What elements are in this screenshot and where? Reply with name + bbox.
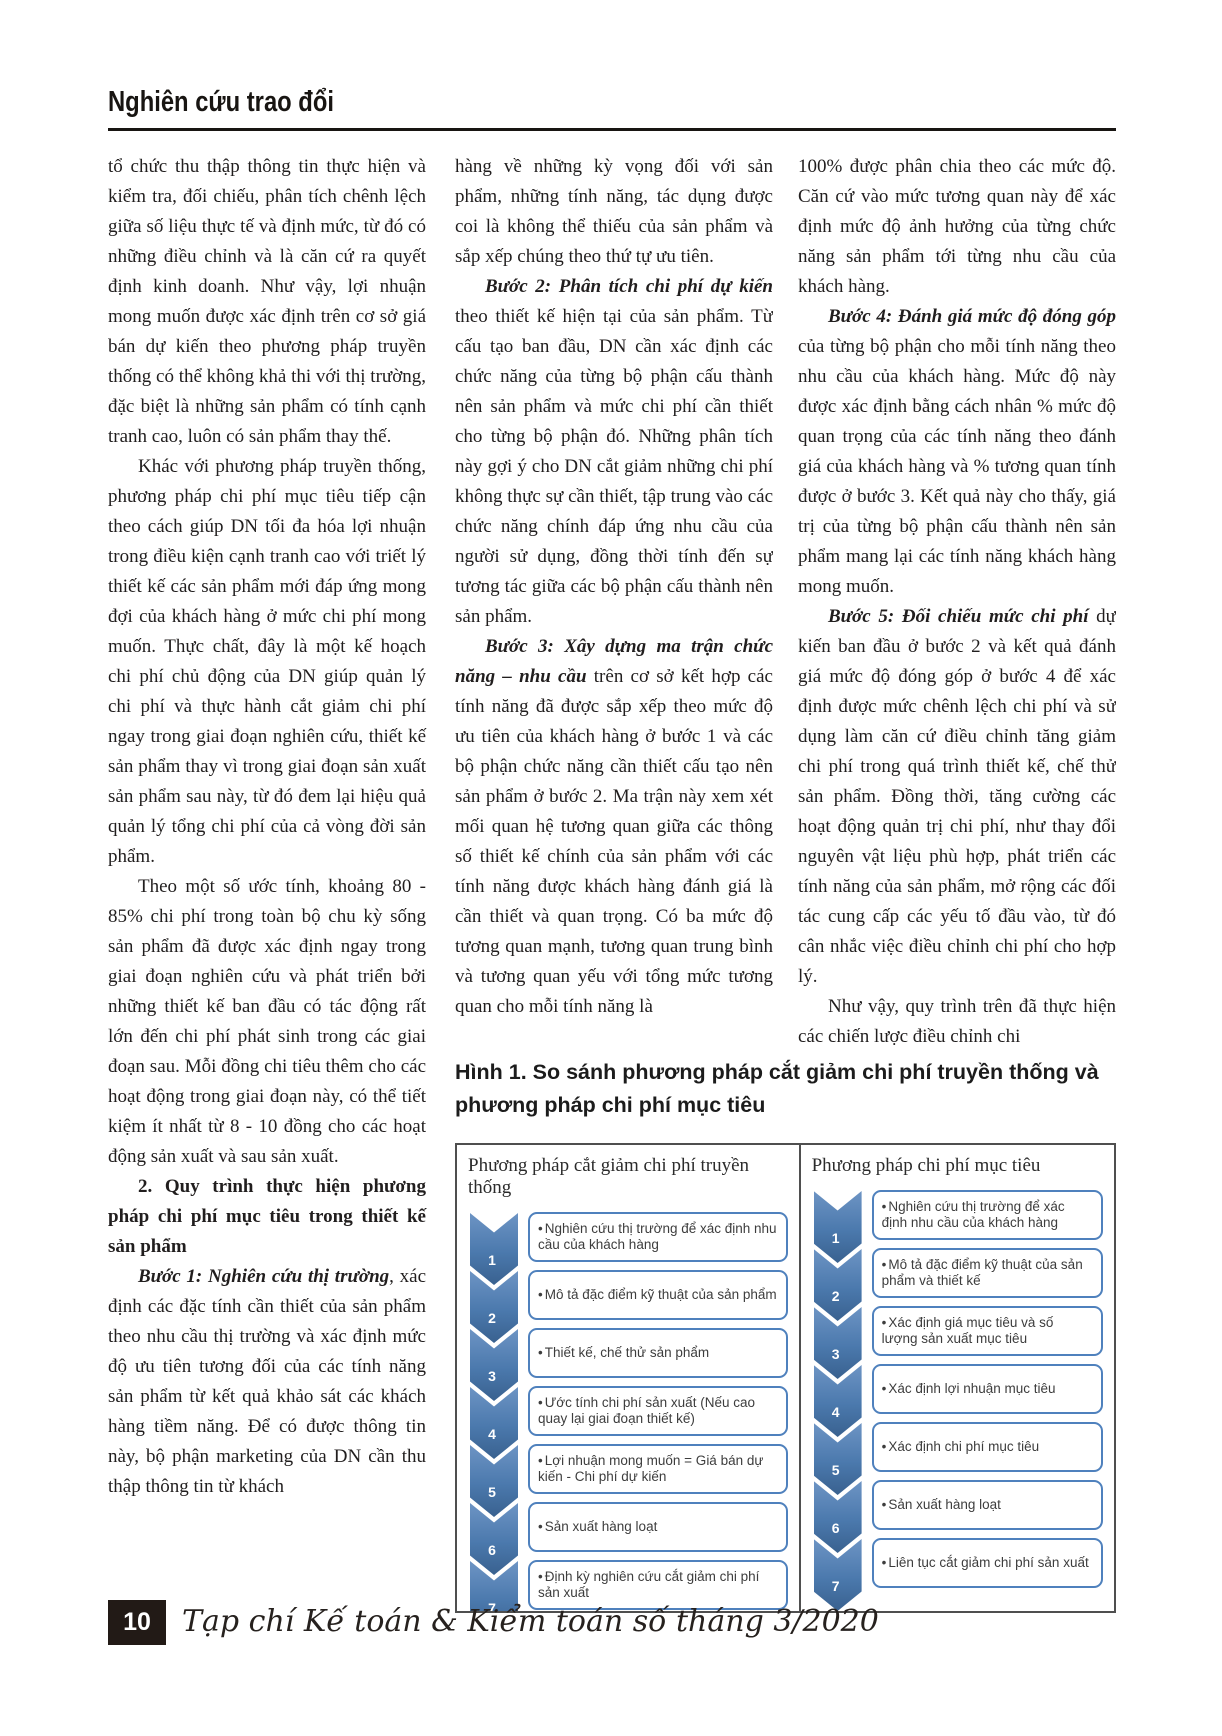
step-label: Sản xuất hàng loạt [538, 1519, 657, 1536]
header-rule [108, 128, 1116, 131]
text-column-2: hàng về những kỳ vọng đối với sản phẩm, … [455, 152, 773, 1050]
step-label-box: Ước tính chi phí sản xuất (Nếu cao quay … [528, 1386, 788, 1436]
page-number-badge: 10 [108, 1600, 166, 1645]
chevron-down-icon [812, 1537, 864, 1613]
flow-step: 1Nghiên cứu thị trường để xác định nhu c… [810, 1189, 1105, 1247]
paragraph: hàng về những kỳ vọng đối với sản phẩm, … [455, 152, 773, 272]
journal-footer-title: Tạp chí Kế toán & Kiểm toán số tháng 3/2… [182, 1604, 879, 1639]
step-lead-in: Bước 3: Xây dựng ma trận chức năng – nhu… [455, 636, 773, 687]
step-label-box: Nghiên cứu thị trường để xác định nhu cầ… [528, 1212, 788, 1262]
step-number: 3 [466, 1368, 518, 1384]
flow-step: 2Mô tả đặc điểm kỹ thuật của sản phẩm và… [810, 1247, 1105, 1305]
flow-step: 5Xác định chi phí mục tiêu [810, 1421, 1105, 1479]
step-label-box: Xác định lợi nhuận mục tiêu [872, 1364, 1103, 1414]
step-label: Mô tả đặc điểm kỹ thuật của sản phẩm và … [882, 1257, 1093, 1290]
step-label-box: Liên tục cắt giảm chi phí sản xuất [872, 1538, 1103, 1588]
step-number: 5 [466, 1484, 518, 1500]
page-header-title: Nghiên cứu trao đổi [108, 86, 334, 119]
paragraph: Bước 5: Đối chiếu mức chi phí dự kiến ba… [798, 602, 1116, 992]
step-number: 2 [810, 1288, 862, 1304]
step-label-box: Mô tả đặc điểm kỹ thuật của sản phẩm và … [872, 1248, 1103, 1298]
step-label-box: Thiết kế, chế thử sản phẩm [528, 1328, 788, 1378]
step-label: Định kỳ nghiên cứu cắt giảm chi phí sản … [538, 1569, 778, 1602]
figure-caption: Hình 1. So sánh phương pháp cắt giảm chi… [455, 1056, 1115, 1122]
paragraph: Khác với phương pháp truyền thống, phươn… [108, 452, 426, 872]
figure-panel-target-costing-title: Phương pháp chi phí mục tiêu [812, 1155, 1105, 1177]
step-label-box: Sản xuất hàng loạt [528, 1502, 788, 1552]
paragraph: Theo một số ước tính, khoảng 80 - 85% ch… [108, 872, 426, 1172]
figure-comparison-flowchart: Phương pháp cắt giảm chi phí truyền thốn… [455, 1143, 1116, 1613]
step-label: Nghiên cứu thị trường để xác định nhu cầ… [538, 1221, 778, 1254]
section-heading: 2. Quy trình thực hiện phương pháp chi p… [108, 1172, 426, 1262]
step-number: 4 [466, 1426, 518, 1442]
paragraph: Như vậy, quy trình trên đã thực hiện các… [798, 992, 1116, 1050]
flow-step: 5Lợi nhuận mong muốn = Giá bán dự kiến -… [466, 1443, 790, 1501]
step-label: Nghiên cứu thị trường để xác định nhu cầ… [882, 1199, 1093, 1232]
flow-steps-target-costing: 1Nghiên cứu thị trường để xác định nhu c… [810, 1189, 1105, 1595]
step-number: 6 [810, 1520, 862, 1536]
flow-step: 7Liên tục cắt giảm chi phí sản xuất [810, 1537, 1105, 1595]
step-label: Sản xuất hàng loạt [882, 1497, 1001, 1514]
step-label-box: Nghiên cứu thị trường để xác định nhu cầ… [872, 1190, 1103, 1240]
paragraph: Bước 2: Phân tích chi phí dự kiến theo t… [455, 272, 773, 632]
flow-step: 4Ước tính chi phí sản xuất (Nếu cao quay… [466, 1385, 790, 1443]
step-lead-in: Bước 2: Phân tích chi phí dự kiến [485, 276, 773, 297]
step-number: 7 [810, 1578, 862, 1594]
journal-page: Nghiên cứu trao đổi tổ chức thu thập thô… [0, 0, 1222, 1736]
paragraph: tổ chức thu thập thông tin thực hiện và … [108, 152, 426, 452]
step-label: Liên tục cắt giảm chi phí sản xuất [882, 1555, 1089, 1572]
step-number: 6 [466, 1542, 518, 1558]
flow-step: 6Sản xuất hàng loạt [810, 1479, 1105, 1537]
step-label-box: Xác định giá mục tiêu và số lượng sản xu… [872, 1306, 1103, 1356]
flow-step: 4Xác định lợi nhuận mục tiêu [810, 1363, 1105, 1421]
step-label-box: Sản xuất hàng loạt [872, 1480, 1103, 1530]
text-column-3: 100% được phân chia theo các mức độ. Căn… [798, 152, 1116, 1050]
paragraph: 100% được phân chia theo các mức độ. Căn… [798, 152, 1116, 302]
flow-step: 6Sản xuất hàng loạt [466, 1501, 790, 1559]
step-label: Xác định lợi nhuận mục tiêu [882, 1381, 1056, 1398]
paragraph: Bước 4: Đánh giá mức độ đóng góp của từn… [798, 302, 1116, 602]
figure-panel-traditional: Phương pháp cắt giảm chi phí truyền thốn… [457, 1145, 801, 1611]
flow-steps-traditional: 1Nghiên cứu thị trường để xác định nhu c… [466, 1211, 790, 1613]
step-lead-in: Bước 1: Nghiên cứu thị trường [138, 1266, 389, 1287]
step-number: 2 [466, 1310, 518, 1326]
flow-step: 3Xác định giá mục tiêu và số lượng sản x… [810, 1305, 1105, 1363]
step-label: Mô tả đặc điểm kỹ thuật của sản phẩm [538, 1287, 777, 1304]
step-label: Ước tính chi phí sản xuất (Nếu cao quay … [538, 1395, 778, 1428]
step-label: Xác định giá mục tiêu và số lượng sản xu… [882, 1315, 1093, 1348]
step-number: 3 [810, 1346, 862, 1362]
paragraph: Bước 3: Xây dựng ma trận chức năng – nhu… [455, 632, 773, 1022]
step-label-box: Định kỳ nghiên cứu cắt giảm chi phí sản … [528, 1560, 788, 1610]
paragraph: Bước 1: Nghiên cứu thị trường, xác định … [108, 1262, 426, 1502]
flow-step: 2Mô tả đặc điểm kỹ thuật của sản phẩm [466, 1269, 790, 1327]
step-number: 4 [810, 1404, 862, 1420]
text-column-1: tổ chức thu thập thông tin thực hiện và … [108, 152, 426, 1502]
step-number: 1 [466, 1252, 518, 1268]
step-lead-in: Bước 5: Đối chiếu mức chi phí [828, 606, 1089, 627]
figure-panel-target-costing: Phương pháp chi phí mục tiêu 1Nghiên cứu… [801, 1145, 1114, 1611]
step-number: 1 [810, 1230, 862, 1246]
flow-step: 1Nghiên cứu thị trường để xác định nhu c… [466, 1211, 790, 1269]
step-label: Lợi nhuận mong muốn = Giá bán dự kiến - … [538, 1453, 778, 1486]
step-lead-in: Bước 4: Đánh giá mức độ đóng góp [828, 306, 1116, 327]
step-label-box: Mô tả đặc điểm kỹ thuật của sản phẩm [528, 1270, 788, 1320]
step-label: Xác định chi phí mục tiêu [882, 1439, 1040, 1456]
figure-panel-traditional-title: Phương pháp cắt giảm chi phí truyền thốn… [468, 1155, 790, 1199]
step-label-box: Lợi nhuận mong muốn = Giá bán dự kiến - … [528, 1444, 788, 1494]
step-number: 5 [810, 1462, 862, 1478]
step-label-box: Xác định chi phí mục tiêu [872, 1422, 1103, 1472]
flow-step: 3Thiết kế, chế thử sản phẩm [466, 1327, 790, 1385]
step-label: Thiết kế, chế thử sản phẩm [538, 1345, 709, 1362]
